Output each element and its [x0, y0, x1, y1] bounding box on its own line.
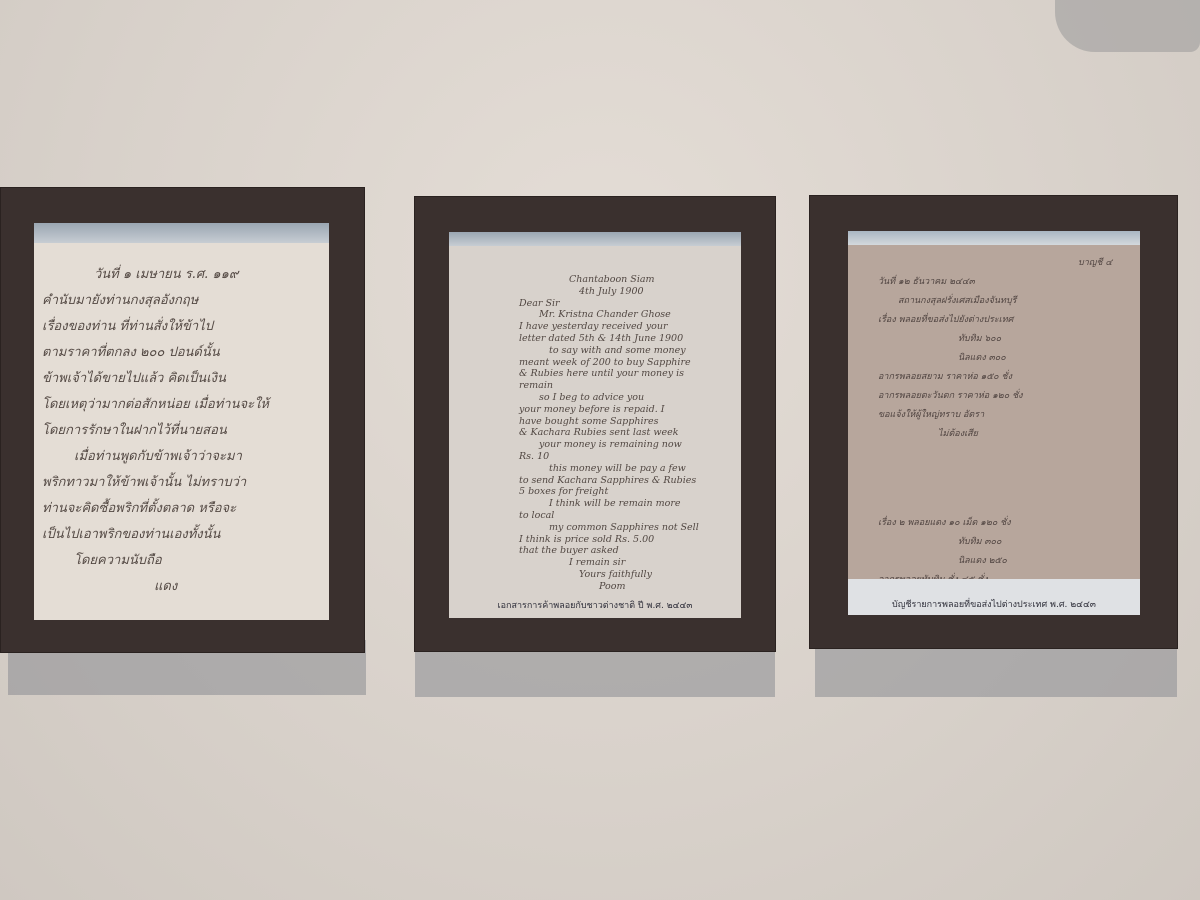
handwritten-line: ตามราคาที่ตกลง ๒๐๐ ปอนด์นั้น: [42, 341, 329, 362]
handwritten-line: เมื่อท่านพูดกับข้าพเจ้าว่าจะมา: [74, 445, 329, 466]
handwritten-line: I have yesterday received your: [519, 321, 741, 332]
handwritten-line: บาญชี ๔: [1078, 255, 1140, 269]
handwritten-line: คำนับมายังท่านกงสุลอังกฤษ: [42, 289, 329, 310]
handwritten-line: & Rubies here until your money is: [519, 368, 741, 379]
handwritten-line: แดง: [154, 575, 329, 596]
handwritten-line: นิลแดง ๓๐๐: [958, 350, 1140, 364]
handwritten-line: เป็นไปเอาพริกของท่านเองทั้งนั้น: [42, 523, 329, 544]
frame-middle: Chantaboon Siam4th July 1900Dear SirMr. …: [414, 196, 776, 652]
handwritten-line: my common Sapphires not Sell: [549, 522, 741, 533]
handwritten-line: that the buyer asked: [519, 545, 741, 556]
handwritten-line: พริกทาวมาให้ข้าพเจ้านั้น ไม่ทราบว่า: [42, 471, 329, 492]
document-thai-ledger: บาญชี ๔วันที่ ๑๒ ธันวาคม ๒๔๔๓สถานกงสุลฝร…: [848, 231, 1140, 615]
handwritten-line: Poom: [599, 581, 741, 592]
handwritten-line: have bought some Sapphires: [519, 416, 741, 427]
handwritten-line: this money will be pay a few: [549, 463, 741, 474]
handwritten-line: your money is remaining now: [539, 439, 741, 450]
frame-right: บาญชี ๔วันที่ ๑๒ ธันวาคม ๒๔๔๓สถานกงสุลฝร…: [809, 195, 1178, 649]
handwritten-line: letter dated 5th & 14th June 1900: [519, 333, 741, 344]
handwritten-line: ขอแจ้งให้ผู้ใหญ่ทราบ อัตรา: [878, 407, 1140, 421]
handwritten-line: ไม่ต้องเสีย: [938, 426, 1140, 440]
handwritten-line: Yours faithfully: [579, 569, 741, 580]
handwritten-line: Mr. Kristna Chander Ghose: [539, 309, 741, 320]
handwritten-line: I think is price sold Rs. 5.00: [519, 534, 741, 545]
handwritten-line: so I beg to advice you: [539, 392, 741, 403]
handwritten-line: สถานกงสุลฝรั่งเศสเมืองจันทบุรี: [898, 293, 1140, 307]
handwritten-line: Rs. 10: [519, 451, 741, 462]
frame-left: วันที่ ๑ เมษายน ร.ศ. ๑๑๙คำนับมายังท่านกง…: [0, 187, 365, 653]
wall-shadow-top-right: [1055, 0, 1200, 52]
handwritten-line: to say with and some money: [549, 345, 741, 356]
handwritten-line: ท่านจะคิดซื้อพริกที่ตั้งตลาด หรือจะ: [42, 497, 329, 518]
handwritten-line: Dear Sir: [519, 298, 741, 309]
document-caption: เอกสารการค้าพลอยกับชาวต่างชาติ ปี พ.ศ. ๒…: [449, 598, 741, 612]
handwritten-line: อากรพลอยสยาม ราคาห่อ ๑๕๐ ชั่ง: [878, 369, 1140, 383]
handwritten-line: ทับทิม ๓๐๐: [958, 534, 1140, 548]
handwritten-line: meant week of 200 to buy Sapphire: [519, 357, 741, 368]
mat-top-edge: [848, 231, 1140, 245]
handwritten-line: เรื่องของท่าน ที่ท่านสั่งให้ข้าไป: [42, 315, 329, 336]
handwritten-line: 5 boxes for freight: [519, 486, 741, 497]
handwritten-line: โดยการรักษาในฝากไว้ที่นายสอน: [42, 419, 329, 440]
handwritten-line: เรื่อง ๒ พลอยแดง ๑๐ เม็ด ๑๒๐ ชั่ง: [878, 515, 1140, 529]
handwritten-line: ข้าพเจ้าได้ขายไปแล้ว คิดเป็นเงิน: [42, 367, 329, 388]
handwritten-line: วันที่ ๑๒ ธันวาคม ๒๔๔๓: [878, 274, 1140, 288]
handwritten-line: to send Kachara Sapphires & Rubies: [519, 475, 741, 486]
handwritten-line: remain: [519, 380, 741, 391]
handwritten-line: โดยความนับถือ: [74, 549, 329, 570]
mat-top-edge: [449, 232, 741, 246]
handwritten-line: I think will be remain more: [549, 498, 741, 509]
handwritten-line: วันที่ ๑ เมษายน ร.ศ. ๑๑๙: [94, 263, 329, 284]
handwritten-line: to local: [519, 510, 741, 521]
document-caption: บัญชีรายการพลอยที่ขอส่งไปต่างประเทศ พ.ศ.…: [848, 597, 1140, 611]
mat-top-edge: [34, 223, 329, 243]
handwritten-line: 4th July 1900: [579, 286, 741, 297]
handwritten-line: ทับทิม ๖๐๐: [958, 331, 1140, 345]
handwritten-line: อากรพลอยตะวันตก ราคาห่อ ๑๒๐ ชั่ง: [878, 388, 1140, 402]
handwritten-line: เรื่อง พลอยที่ขอส่งไปยังต่างประเทศ: [878, 312, 1140, 326]
handwritten-line: your money before is repaid. I: [519, 404, 741, 415]
document-english-letter: Chantaboon Siam4th July 1900Dear SirMr. …: [449, 232, 741, 618]
handwritten-line: Chantaboon Siam: [569, 274, 741, 285]
handwritten-line: นิลแดง ๒๕๐: [958, 553, 1140, 567]
handwritten-line: โดยเหตุว่ามากต่อสักหน่อย เมื่อท่านจะให้: [42, 393, 329, 414]
document-thai-letter: วันที่ ๑ เมษายน ร.ศ. ๑๑๙คำนับมายังท่านกง…: [34, 223, 329, 620]
handwritten-line: & Kachara Rubies sent last week: [519, 427, 741, 438]
handwritten-line: I remain sir: [569, 557, 741, 568]
